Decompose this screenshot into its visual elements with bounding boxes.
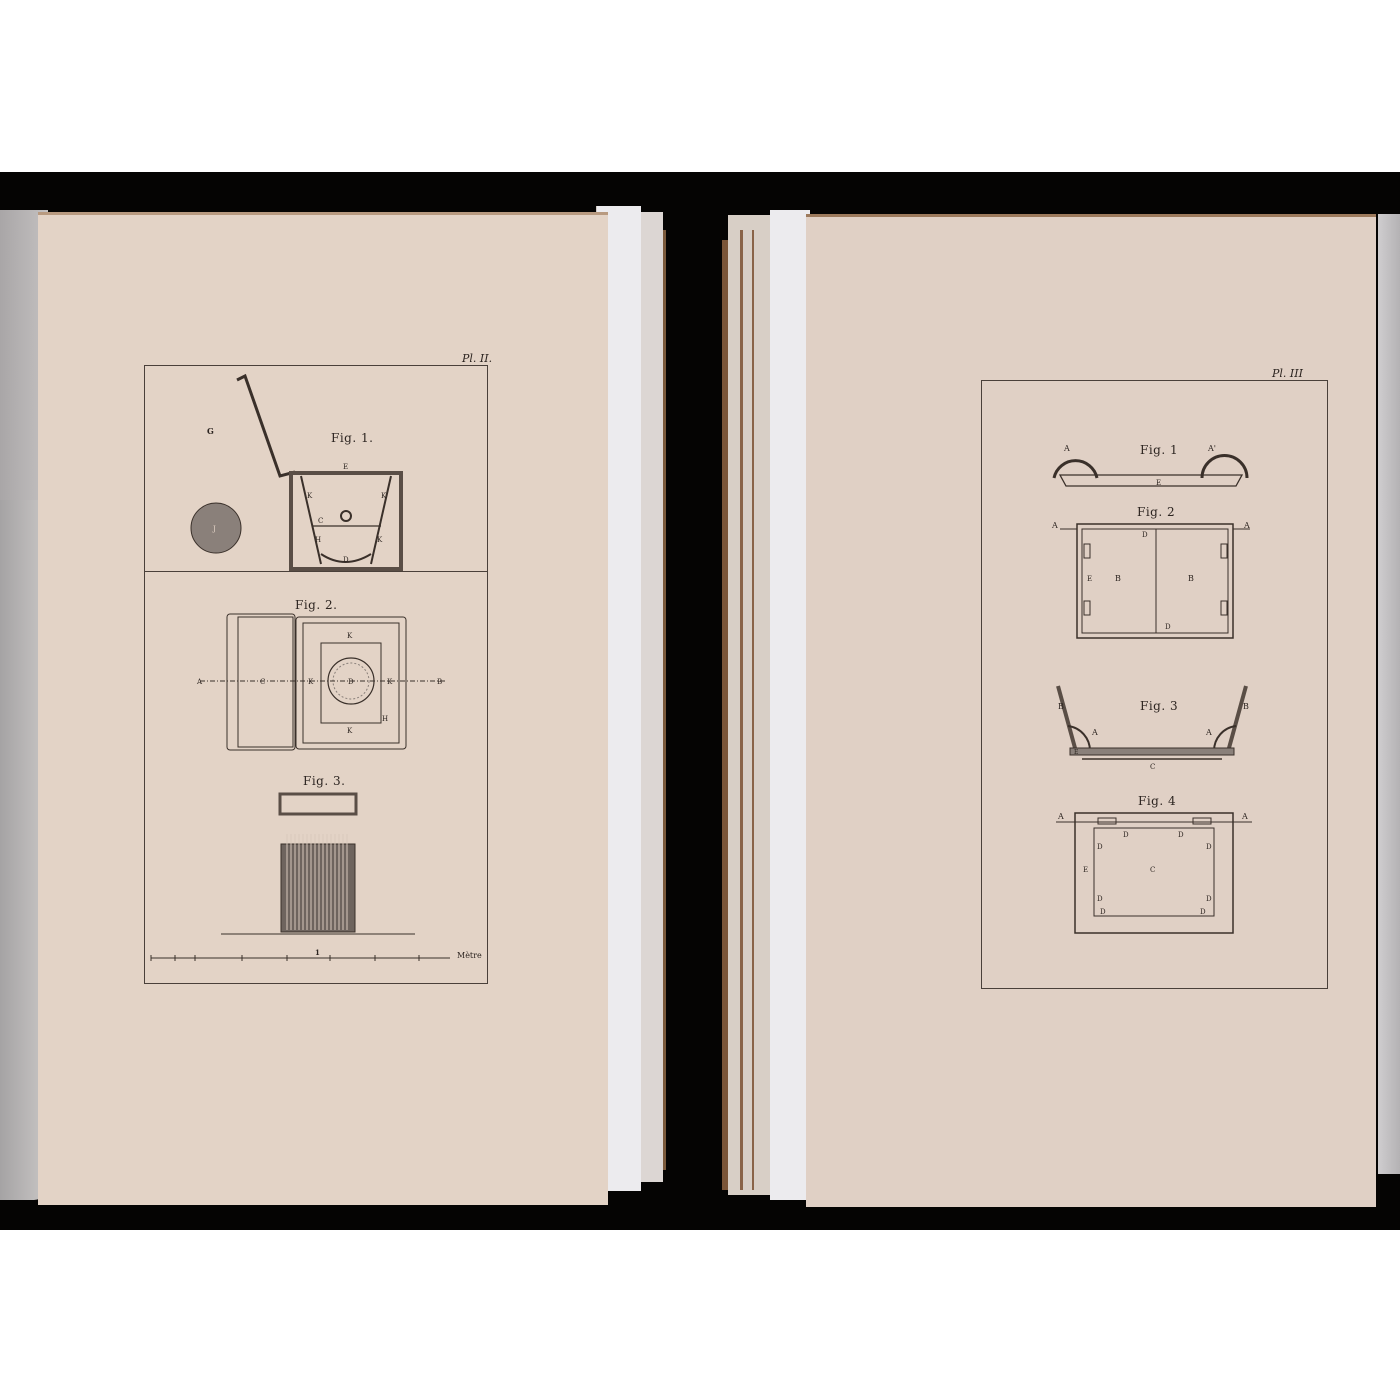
svg-text:D: D bbox=[1123, 831, 1129, 839]
svg-text:K: K bbox=[387, 678, 393, 686]
plate-frame-right: Fig. 1 A A' E Fig. 2 A A D E B B bbox=[981, 380, 1328, 989]
svg-text:C: C bbox=[1150, 866, 1155, 874]
plate-label-right: Pl. III bbox=[1272, 367, 1303, 380]
svg-text:A: A bbox=[196, 678, 203, 686]
svg-text:A: A bbox=[1243, 521, 1250, 530]
svg-text:G: G bbox=[207, 426, 214, 436]
svg-text:E: E bbox=[1156, 479, 1161, 487]
svg-text:K: K bbox=[347, 727, 353, 735]
svg-text:D: D bbox=[1097, 895, 1103, 903]
svg-text:H: H bbox=[315, 536, 321, 544]
svg-text:B: B bbox=[1115, 574, 1121, 583]
svg-text:E: E bbox=[1087, 575, 1092, 583]
scale-tick-label: 1 bbox=[315, 948, 320, 957]
fig1-drawing: G E K K C H K D J bbox=[145, 366, 487, 571]
right-tissue-guard bbox=[770, 210, 810, 1200]
svg-text:A: A bbox=[1057, 812, 1064, 821]
svg-text:H: H bbox=[382, 715, 388, 723]
right-stack-line bbox=[752, 230, 754, 1190]
svg-text:K: K bbox=[377, 536, 383, 544]
svg-text:E: E bbox=[1074, 749, 1078, 756]
fig2-title: Fig. 2. bbox=[295, 598, 337, 612]
svg-text:B: B bbox=[1243, 702, 1249, 711]
svg-text:K: K bbox=[347, 632, 353, 640]
svg-text:D: D bbox=[1206, 895, 1212, 903]
r-fig1-drawing: A A' E bbox=[982, 381, 1327, 501]
svg-text:D: D bbox=[343, 556, 349, 564]
svg-text:A: A bbox=[1063, 444, 1070, 453]
svg-text:D: D bbox=[1097, 843, 1103, 851]
svg-text:C: C bbox=[260, 678, 265, 686]
r-fig3-drawing: B B A A E C bbox=[982, 676, 1327, 776]
svg-text:D: D bbox=[1142, 531, 1148, 539]
svg-text:D: D bbox=[1206, 843, 1212, 851]
svg-text:D: D bbox=[348, 678, 354, 686]
r-fig4-drawing: A A D D D D E C D D D D bbox=[982, 806, 1327, 946]
fig2-drawing: A C K D K B K K H bbox=[145, 611, 487, 771]
svg-text:K: K bbox=[307, 492, 313, 500]
svg-text:A': A' bbox=[1207, 444, 1216, 453]
svg-text:D: D bbox=[1165, 623, 1171, 631]
r-fig2-title: Fig. 2 bbox=[1137, 505, 1175, 519]
svg-text:D: D bbox=[1100, 908, 1106, 916]
plate-label-left: Pl. II. bbox=[462, 352, 492, 365]
svg-text:J: J bbox=[212, 525, 216, 533]
r-fig2-drawing: A A D E B B D bbox=[982, 519, 1327, 659]
right-page-stack bbox=[728, 215, 773, 1195]
svg-text:B: B bbox=[1188, 574, 1194, 583]
plate-frame-left: Fig. 1. G E K K C H K D J Fig. 2. bbox=[144, 365, 488, 984]
svg-text:E: E bbox=[1083, 866, 1088, 874]
scale-unit: Mètre bbox=[457, 951, 482, 960]
svg-text:K: K bbox=[381, 492, 387, 500]
svg-text:E: E bbox=[343, 463, 348, 471]
plate-divider bbox=[145, 571, 487, 572]
svg-text:A: A bbox=[1241, 812, 1248, 821]
right-cover-board bbox=[1378, 214, 1400, 1174]
right-page: Pl. III Fig. 1 A A' E Fig. 2 A A D E bbox=[806, 214, 1376, 1207]
svg-text:C: C bbox=[1150, 763, 1155, 771]
svg-text:D: D bbox=[1200, 908, 1206, 916]
left-page: Pl. II. Fig. 1. G E K K C H K D J Fig. 2… bbox=[38, 212, 608, 1205]
svg-text:B: B bbox=[1058, 702, 1064, 711]
svg-text:A: A bbox=[1091, 728, 1098, 737]
svg-text:C: C bbox=[318, 517, 323, 525]
right-stack-line bbox=[740, 230, 743, 1190]
svg-text:K: K bbox=[308, 678, 314, 686]
svg-text:D: D bbox=[1178, 831, 1184, 839]
svg-text:A: A bbox=[1051, 521, 1058, 530]
svg-text:A: A bbox=[1205, 728, 1212, 737]
svg-text:B: B bbox=[437, 678, 442, 686]
